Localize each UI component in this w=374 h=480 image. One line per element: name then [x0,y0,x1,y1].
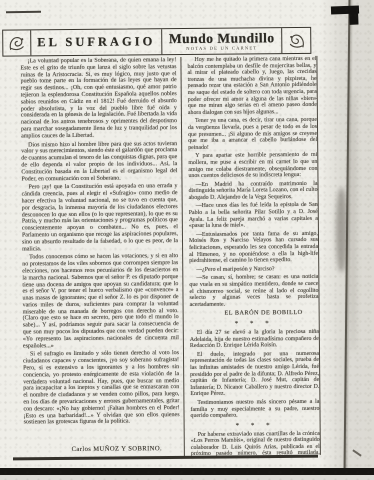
paragraph: ¡La voluntad popular es la Soberana, de … [20,57,177,140]
news-item: —Hace unos días les fué leída la epístol… [189,202,318,229]
asterisk-separator: * * * [190,319,319,328]
news-item: —Se casan, sí, hombre; se casan: es una … [189,274,318,308]
author-signature: EL BARÓN DE BOBILLO [190,310,319,318]
article-mundo-mundillo: Hoy me he quitado la primera cana mientr… [180,56,319,456]
article-columns: ¡La voluntad popular es la Soberana, de … [20,56,320,458]
floral-ornament-icon [3,30,30,55]
section-header-band: EL SUFRAGIO Mundo Mundillo NOTAS DE UN C… [2,27,311,57]
paragraph: Tener ya una cana, es decir, tirar una c… [188,117,317,151]
left-article-body: ¡La voluntad popular es la Soberana, de … [20,57,179,448]
news-item: —Entusiasmados por tanta fama de su amig… [189,231,318,265]
paragraph: El duelo, integrado por una numerosa rep… [190,351,319,398]
paragraph: Y para apartar este horrible pensamiento… [188,152,317,179]
asterisk-separator: * * * [191,421,320,430]
news-item: —En Madrid ha contraído matrimonio la di… [188,181,317,202]
left-article-title: EL SUFRAGIO [37,34,155,50]
paragraph: El día 27 se elevó a la gloria la precio… [190,329,319,350]
paragraph: Si el sufragio es limitado y sólo tienen… [23,351,180,427]
scanned-magazine-page: EL SUFRAGIO Mundo Mundillo NOTAS DE UN C… [0,0,374,480]
paragraph: Testimoniamos nuestro más sincero pésame… [190,399,319,420]
right-article-subtitle: NOTAS DE UN CARNET [186,46,257,51]
paragraph: Todos conocemos cómo se hacen las votaci… [22,253,179,350]
floral-ornament-icon [281,28,309,53]
paragraph: Por haberse extraviado unas cuartillas d… [191,431,320,456]
right-article-title-box: Mundo Mundillo NOTAS DE UN CARNET [161,28,281,54]
article-el-sufragio: ¡La voluntad popular es la Soberana, de … [20,57,183,457]
paragraph: Dios mismo hizo al hombre libre para que… [21,141,177,183]
author-signature: Carlos MUÑOZ Y SOBRINO. [24,446,180,454]
left-article-title-box: EL SUFRAGIO [30,29,161,55]
right-article-title: Mundo Mundillo [169,31,275,45]
news-item: —¿Pero el mariposón y Narciso? [189,266,318,274]
paragraph: Pero ¡ay! que la Constitución está apoya… [22,183,179,252]
paragraph: Hoy me he quitado la primera cana mientr… [187,56,317,116]
printed-page-content: EL SUFRAGIO Mundo Mundillo NOTAS DE UN C… [0,0,374,480]
